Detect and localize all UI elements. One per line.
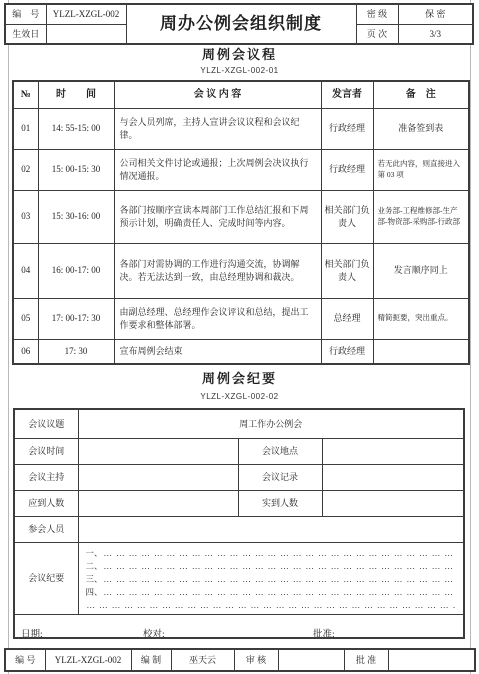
agenda-speaker: 相关部门负责人 [321,190,373,243]
minutes-line: … … … … … … … … … … … … … … … … … … … … … [86,599,457,612]
secrecy-value: 保 密 [398,4,473,24]
minutes-line: 三、 … … … … … … … … … … … … … … … … … … …… [86,573,457,586]
expected-count-label: 应到人数 [14,490,78,516]
topic-label: 会议议题 [14,409,78,438]
minutes-field-row: 会议时间 会议地点 [14,438,464,464]
agenda-speaker: 行政经理 [321,339,373,364]
agenda-note: 发言顺序同上 [373,243,469,298]
agenda-time: 17: 30 [38,339,114,364]
dotted-rule: … … … … … … … … … … … … … … … … … … … … … [104,561,457,572]
secrecy-label: 密 级 [356,4,398,24]
page-number-label: 页 次 [356,24,398,44]
agenda-no: 04 [13,243,38,298]
doc-number-label: 编 号 [5,4,46,24]
meeting-host-label: 会议主持 [14,464,78,490]
agenda-no: 05 [13,298,38,339]
dotted-rule: … … … … … … … … … … … … … … … … … … … … … [104,587,457,598]
header-row-1: 编 号 YLZL-XZGL-002 周办公例会组织制度 密 级 保 密 [5,4,473,24]
meeting-place-value [322,438,464,464]
effective-date-value [46,24,126,44]
agenda-speaker: 总经理 [321,298,373,339]
minutes-line: 一、 … … … … … … … … … … … … … … … … … … …… [86,547,457,560]
footer-no-label: 编 号 [5,649,45,671]
agenda-note: 精简扼要，突出重点。 [373,298,469,339]
minutes-label: 会议纪要 [14,542,78,614]
agenda-row: 06 17: 30 宣布周例会结束 行政经理 [13,339,469,364]
meeting-place-label: 会议地点 [238,438,322,464]
minutes-section-code: YLZL-XZGL-002-02 [0,392,479,401]
agenda-content: 由副总经理、总经理作会议评议和总结，提出工作要求和整体部署。 [114,298,321,339]
meeting-recorder-label: 会议记录 [238,464,322,490]
minutes-sign-row: 日期: 校对: 批准: [14,614,464,638]
page-margin-rule-left [8,0,9,674]
agenda-note: 若无此内容，则直接进入第 03 项 [373,149,469,190]
agenda-note [373,339,469,364]
meeting-recorder-value [322,464,464,490]
minutes-field-row: 会议主持 会议记录 [14,464,464,490]
actual-count-value [322,490,464,516]
meeting-time-label: 会议时间 [14,438,78,464]
minutes-line-number: 一、 [86,548,103,559]
col-header-time: 时 间 [38,81,114,108]
agenda-time: 17: 00-17: 30 [38,298,114,339]
agenda-speaker: 行政经理 [321,149,373,190]
col-header-note: 备 注 [373,81,469,108]
effective-date-label: 生效日 [5,24,46,44]
sign-proof-label: 校对: [143,629,165,638]
agenda-note: 准备签到表 [373,108,469,149]
col-header-no: № [13,81,38,108]
footer-no-value: YLZL-XZGL-002 [45,649,131,671]
attendees-label: 参会人员 [14,516,78,542]
agenda-section-code: YLZL-XZGL-002-01 [0,66,479,75]
topic-value: 周工作办公例会 [78,409,464,438]
expected-count-value [78,490,238,516]
dotted-rule: … … … … … … … … … … … … … … … … … … … … … [104,548,457,559]
agenda-section-title: 周例会议程 [0,44,479,63]
footer-approve-label: 批 准 [344,649,388,671]
agenda-content: 宣布周例会结束 [114,339,321,364]
agenda-content: 各部门对需协调的工作进行沟通交流，协调解决。若无法达到一致，由总经理协调和裁决。 [114,243,321,298]
agenda-speaker: 相关部门负责人 [321,243,373,298]
meeting-time-value [78,438,238,464]
agenda-note: 业务部-工程维修部-生产部-物资部-采购部-行政部 [373,190,469,243]
footer-row: 编 号 YLZL-XZGL-002 编 制 巫天云 审 核 批 准 [5,649,475,671]
minutes-line: 二、 … … … … … … … … … … … … … … … … … … …… [86,560,457,573]
agenda-row: 03 15: 30-16: 00 各部门按顺序宣读本周部门工作总结汇报和下周预示… [13,190,469,243]
minutes-body: 一、 … … … … … … … … … … … … … … … … … … …… [78,542,464,614]
meeting-host-value [78,464,238,490]
minutes-body-row: 会议纪要 一、 … … … … … … … … … … … … … … … … … [14,542,464,614]
agenda-no: 01 [13,108,38,149]
agenda-row: 04 16: 00-17: 00 各部门对需协调的工作进行沟通交流，协调解决。若… [13,243,469,298]
doc-number-value: YLZL-XZGL-002 [46,4,126,24]
footer-approve-value [388,649,475,671]
agenda-table: № 时 间 会 议 内 容 发言者 备 注 01 14: 55-15: 00 与… [12,80,470,365]
attendees-value [78,516,464,542]
minutes-table: 会议议题 周工作办公例会 会议时间 会议地点 会议主持 会议记录 应到人数 实到… [13,408,465,639]
minutes-attendees-row: 参会人员 [14,516,464,542]
minutes-line-number: 三、 [86,574,103,585]
minutes-line-number: 四、 [86,587,103,598]
col-header-content: 会 议 内 容 [114,81,321,108]
minutes-line-number: 二、 [86,561,103,572]
minutes-section-title: 周例会纪要 [0,368,479,387]
footer-author-value: 巫天云 [171,649,234,671]
minutes-line: 四、 … … … … … … … … … … … … … … … … … … …… [86,586,457,599]
minutes-lines: 一、 … … … … … … … … … … … … … … … … … … …… [82,545,461,612]
sign-approve-label: 批准: [313,629,335,638]
footer-review-label: 审 核 [234,649,278,671]
agenda-time: 14: 55-15: 00 [38,108,114,149]
agenda-row: 05 17: 00-17: 30 由副总经理、总经理作会议评议和总结，提出工作要… [13,298,469,339]
document-header-table: 编 号 YLZL-XZGL-002 周办公例会组织制度 密 级 保 密 生效日 … [4,3,474,45]
minutes-topic-row: 会议议题 周工作办公例会 [14,409,464,438]
agenda-row: 01 14: 55-15: 00 与会人员列席，主持人宣讲会议议程和会议纪律。 … [13,108,469,149]
document-footer-table: 编 号 YLZL-XZGL-002 编 制 巫天云 审 核 批 准 [4,648,476,672]
agenda-no: 02 [13,149,38,190]
agenda-content: 与会人员列席，主持人宣讲会议议程和会议纪律。 [114,108,321,149]
agenda-content: 各部门按顺序宣读本周部门工作总结汇报和下周预示计划，明确责任人、完成时间等内容。 [114,190,321,243]
footer-review-value [278,649,344,671]
minutes-field-row: 应到人数 实到人数 [14,490,464,516]
agenda-speaker: 行政经理 [321,108,373,149]
page-margin-rule-right [470,0,471,674]
sign-cell: 日期: 校对: 批准: [14,614,464,638]
col-header-speaker: 发言者 [321,81,373,108]
agenda-time: 16: 00-17: 00 [38,243,114,298]
agenda-no: 03 [13,190,38,243]
document-title: 周办公例会组织制度 [126,4,356,44]
agenda-header-row: № 时 间 会 议 内 容 发言者 备 注 [13,81,469,108]
actual-count-label: 实到人数 [238,490,322,516]
sign-date-label: 日期: [21,629,43,638]
agenda-no: 06 [13,339,38,364]
agenda-time: 15: 00-15: 30 [38,149,114,190]
dotted-rule: … … … … … … … … … … … … … … … … … … … … … [104,574,457,585]
dotted-rule: … … … … … … … … … … … … … … … … … … … … … [87,600,457,611]
footer-author-label: 编 制 [131,649,171,671]
agenda-row: 02 15: 00-15: 30 公司相关文件讨论或通报；上次周例会决议执行情况… [13,149,469,190]
agenda-content: 公司相关文件讨论或通报；上次周例会决议执行情况通报。 [114,149,321,190]
page-number-value: 3/3 [398,24,473,44]
agenda-time: 15: 30-16: 00 [38,190,114,243]
